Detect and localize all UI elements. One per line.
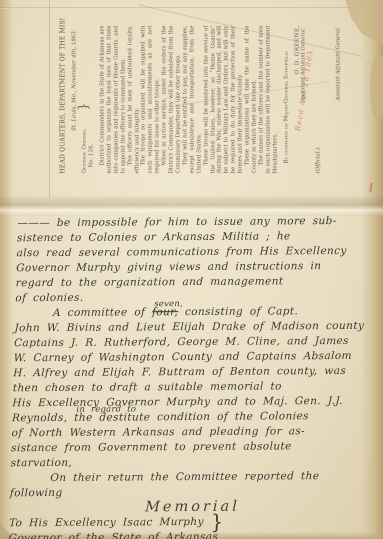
circular-paragraphs: District Commanders in the State of Arka… — [100, 26, 280, 174]
manuscript-line: H. Alfrey and Elijah F. Buttram of Bento… — [13, 364, 379, 382]
circular-order-number: No. 126. — [89, 110, 96, 174]
circular-paragraph: The troops so organized will be supplied… — [141, 26, 162, 174]
manuscript-line: also read several communications from Hi… — [16, 244, 382, 262]
crease-line-top — [0, 7, 383, 9]
stain-right-edge — [370, 56, 383, 118]
interlinear-insertion: in regard to — [76, 402, 136, 417]
circular-sheet-edge — [49, 0, 50, 197]
fold-crease — [0, 196, 383, 216]
circular-body: HEAD QUARTERS, DEPARTMENT OF THE MISSOUR… — [55, 19, 365, 184]
circular-order-label: General Orders, — [82, 110, 89, 174]
circular-heading: HEAD QUARTERS, DEPARTMENT OF THE MISSOUR… — [60, 26, 67, 174]
circular-order-block: General Orders, No. 126. } — [82, 110, 96, 174]
circular-paragraph: These troops will be mustered into the s… — [203, 26, 244, 174]
circular-dateline: St. Louis, Mo., November 4th, 1863. — [72, 30, 78, 174]
order-brace: } — [81, 103, 88, 111]
interlinear-insertion: seven, — [154, 297, 183, 312]
circular-official-label: (Official.) — [315, 26, 321, 174]
printed-circular: HEAD QUARTERS, DEPARTMENT OF THE MISSOUR… — [55, 19, 365, 184]
manuscript-line: Governor of the State of Arkansas — [8, 529, 374, 539]
circular-by-command: By command of Major-General Schofield. — [283, 26, 290, 174]
circular-paragraph: These organizations will take the name o… — [245, 26, 259, 174]
manuscript-line: ——— be impossible for him to issue any m… — [17, 214, 383, 232]
circular-paragraph: The officers must be men of undoubted lo… — [127, 26, 141, 174]
manuscript-line: His Excellency Governor Murphy and to Ma… — [12, 394, 378, 412]
manuscript-lines: ——— be impossible for him to issue any m… — [8, 214, 383, 539]
circular-paragraph: District Commanders in the State of Arka… — [100, 26, 128, 174]
circular-paragraph: The names of the officers and the number… — [258, 26, 279, 174]
circular-paragraph: They will not be entitled to pay, nor an… — [182, 26, 203, 174]
circular-paragraph: When in active service, under the orders… — [162, 26, 183, 174]
document-scan: { "document": { "printed_circular": { "h… — [0, 0, 383, 539]
manuscript: ——— be impossible for him to issue any m… — [8, 214, 383, 539]
circular-countersign-title: Assistant Adjutant General. — [335, 27, 341, 174]
